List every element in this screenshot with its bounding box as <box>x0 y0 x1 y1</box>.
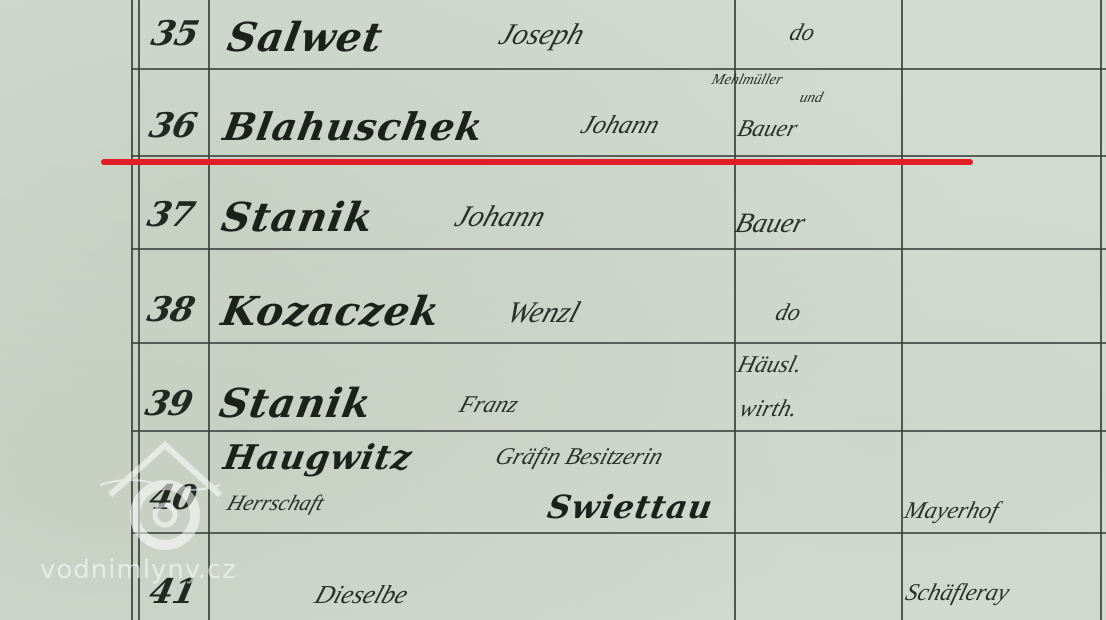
occupation: do <box>786 20 817 47</box>
row-rule <box>131 68 1106 70</box>
row-number: 38 <box>144 290 198 330</box>
surname: Blahuschek <box>220 104 487 149</box>
remark: Mayerhof <box>901 498 1001 525</box>
column-rule-occupation <box>734 0 736 620</box>
occupation: Bauer <box>732 208 809 240</box>
estate-name: Swiettau <box>545 488 716 526</box>
surname: Stanik <box>216 380 376 427</box>
column-rule-right <box>1100 0 1102 620</box>
given-name-line2: Herrschaft <box>224 490 328 516</box>
occupation-line2: wirth. <box>736 396 800 423</box>
row-number: 35 <box>148 14 202 54</box>
row-rule <box>131 342 1106 344</box>
surname: Haugwitz <box>220 438 415 478</box>
given-name: Johann <box>577 110 663 140</box>
row-rule <box>131 248 1106 250</box>
given-name: Dieselbe <box>311 580 412 610</box>
row-rule <box>131 155 1106 157</box>
occupation: do <box>772 300 803 327</box>
surname: Salwet <box>224 14 387 61</box>
occupation-line3: Bauer <box>734 116 800 143</box>
row-number: 37 <box>144 195 198 235</box>
given-name: Wenzl <box>502 296 584 330</box>
watermark-mill-logo-icon <box>100 430 230 560</box>
given-name: Joseph <box>494 18 588 52</box>
given-name-line1: Gräfin Besitzerin <box>492 444 667 471</box>
row-rule <box>131 532 1106 534</box>
given-name: Franz <box>456 392 522 419</box>
occupation-line1: Mehlmüller <box>710 72 785 89</box>
remark: Schäfleray <box>902 580 1012 607</box>
highlight-underline <box>101 159 973 165</box>
occupation-line1: Häusl. <box>734 352 805 379</box>
row-rule <box>131 430 1106 432</box>
row-number: 36 <box>146 106 200 146</box>
row-number: 39 <box>142 384 196 424</box>
column-rule-remarks <box>901 0 903 620</box>
register-page: 35 Salwet Joseph do 36 Blahuschek Johann… <box>0 0 1106 620</box>
occupation-line2: und <box>798 90 825 107</box>
surname: Stanik <box>218 194 378 241</box>
watermark-text: vodnimlyny.cz <box>40 555 237 585</box>
surname: Kozaczek <box>218 288 444 335</box>
given-name: Johann <box>450 200 549 234</box>
